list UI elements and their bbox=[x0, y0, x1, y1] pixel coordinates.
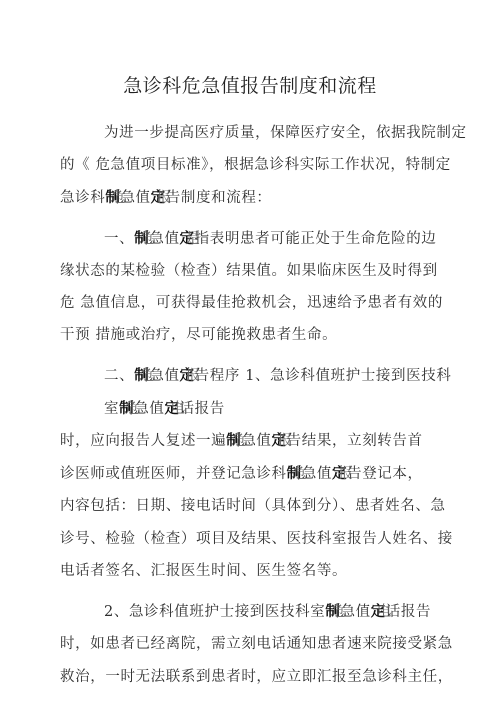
document-title: 急诊科危急值报告制度和流程 bbox=[0, 71, 500, 98]
paragraph-line: 电话者签名、汇报医生时间、医生签名等。 bbox=[60, 562, 347, 580]
paragraph-line: 室制危急值定电话报告 bbox=[104, 400, 225, 418]
paragraph-line: 诊号、检验（检查）项目及结果、医技科室报告人姓名、接 bbox=[60, 530, 453, 548]
paragraph-line: 一、制危急值定是指表明患者可能正处于生命危险的边 bbox=[104, 230, 436, 248]
paragraph-line: 诊医师或值班医师，并登记急诊科制危急值定报告登记本， bbox=[60, 465, 423, 483]
paragraph-line: 救治，一时无法联系到患者时，应立即汇报至急诊科主任， bbox=[60, 668, 453, 686]
paragraph-line: 急诊科制危急值定报告制度和流程： bbox=[60, 189, 272, 207]
paragraph-line: 的《 危急值项目标准》，根据急诊科实际工作状况，特制定 bbox=[60, 156, 451, 174]
paragraph-line: 时，应向报告人复述一遍制危急值定报告结果，立刻转告首 bbox=[60, 432, 423, 450]
paragraph-line: 为进一步提高医疗质量，保障医疗安全，依据我院制定 bbox=[104, 124, 467, 142]
paragraph-line: 2、急诊科值班护士接到医技科室制危急值定电话报告 bbox=[104, 603, 431, 621]
paragraph-line: 缘状态的某检验（检查）结果值。如果临床医生及时得到 bbox=[60, 262, 438, 280]
paragraph-line: 干预 措施或治疗，尽可能挽救患者生命。 bbox=[60, 326, 337, 344]
paragraph-line: 危 急值信息，可获得最佳抢救机会，迅速给予患者有效的 bbox=[60, 294, 443, 312]
paragraph-line: 时，如患者已经离院，需立刻电话通知患者速来院接受紧急 bbox=[60, 635, 453, 653]
paragraph-line: 内容包括：日期、接电话时间（具体到分）、患者姓名、急 bbox=[60, 497, 446, 515]
paragraph-line: 二、制危急值定报告程序 1、急诊科值班护士接到医技科 bbox=[104, 367, 451, 385]
